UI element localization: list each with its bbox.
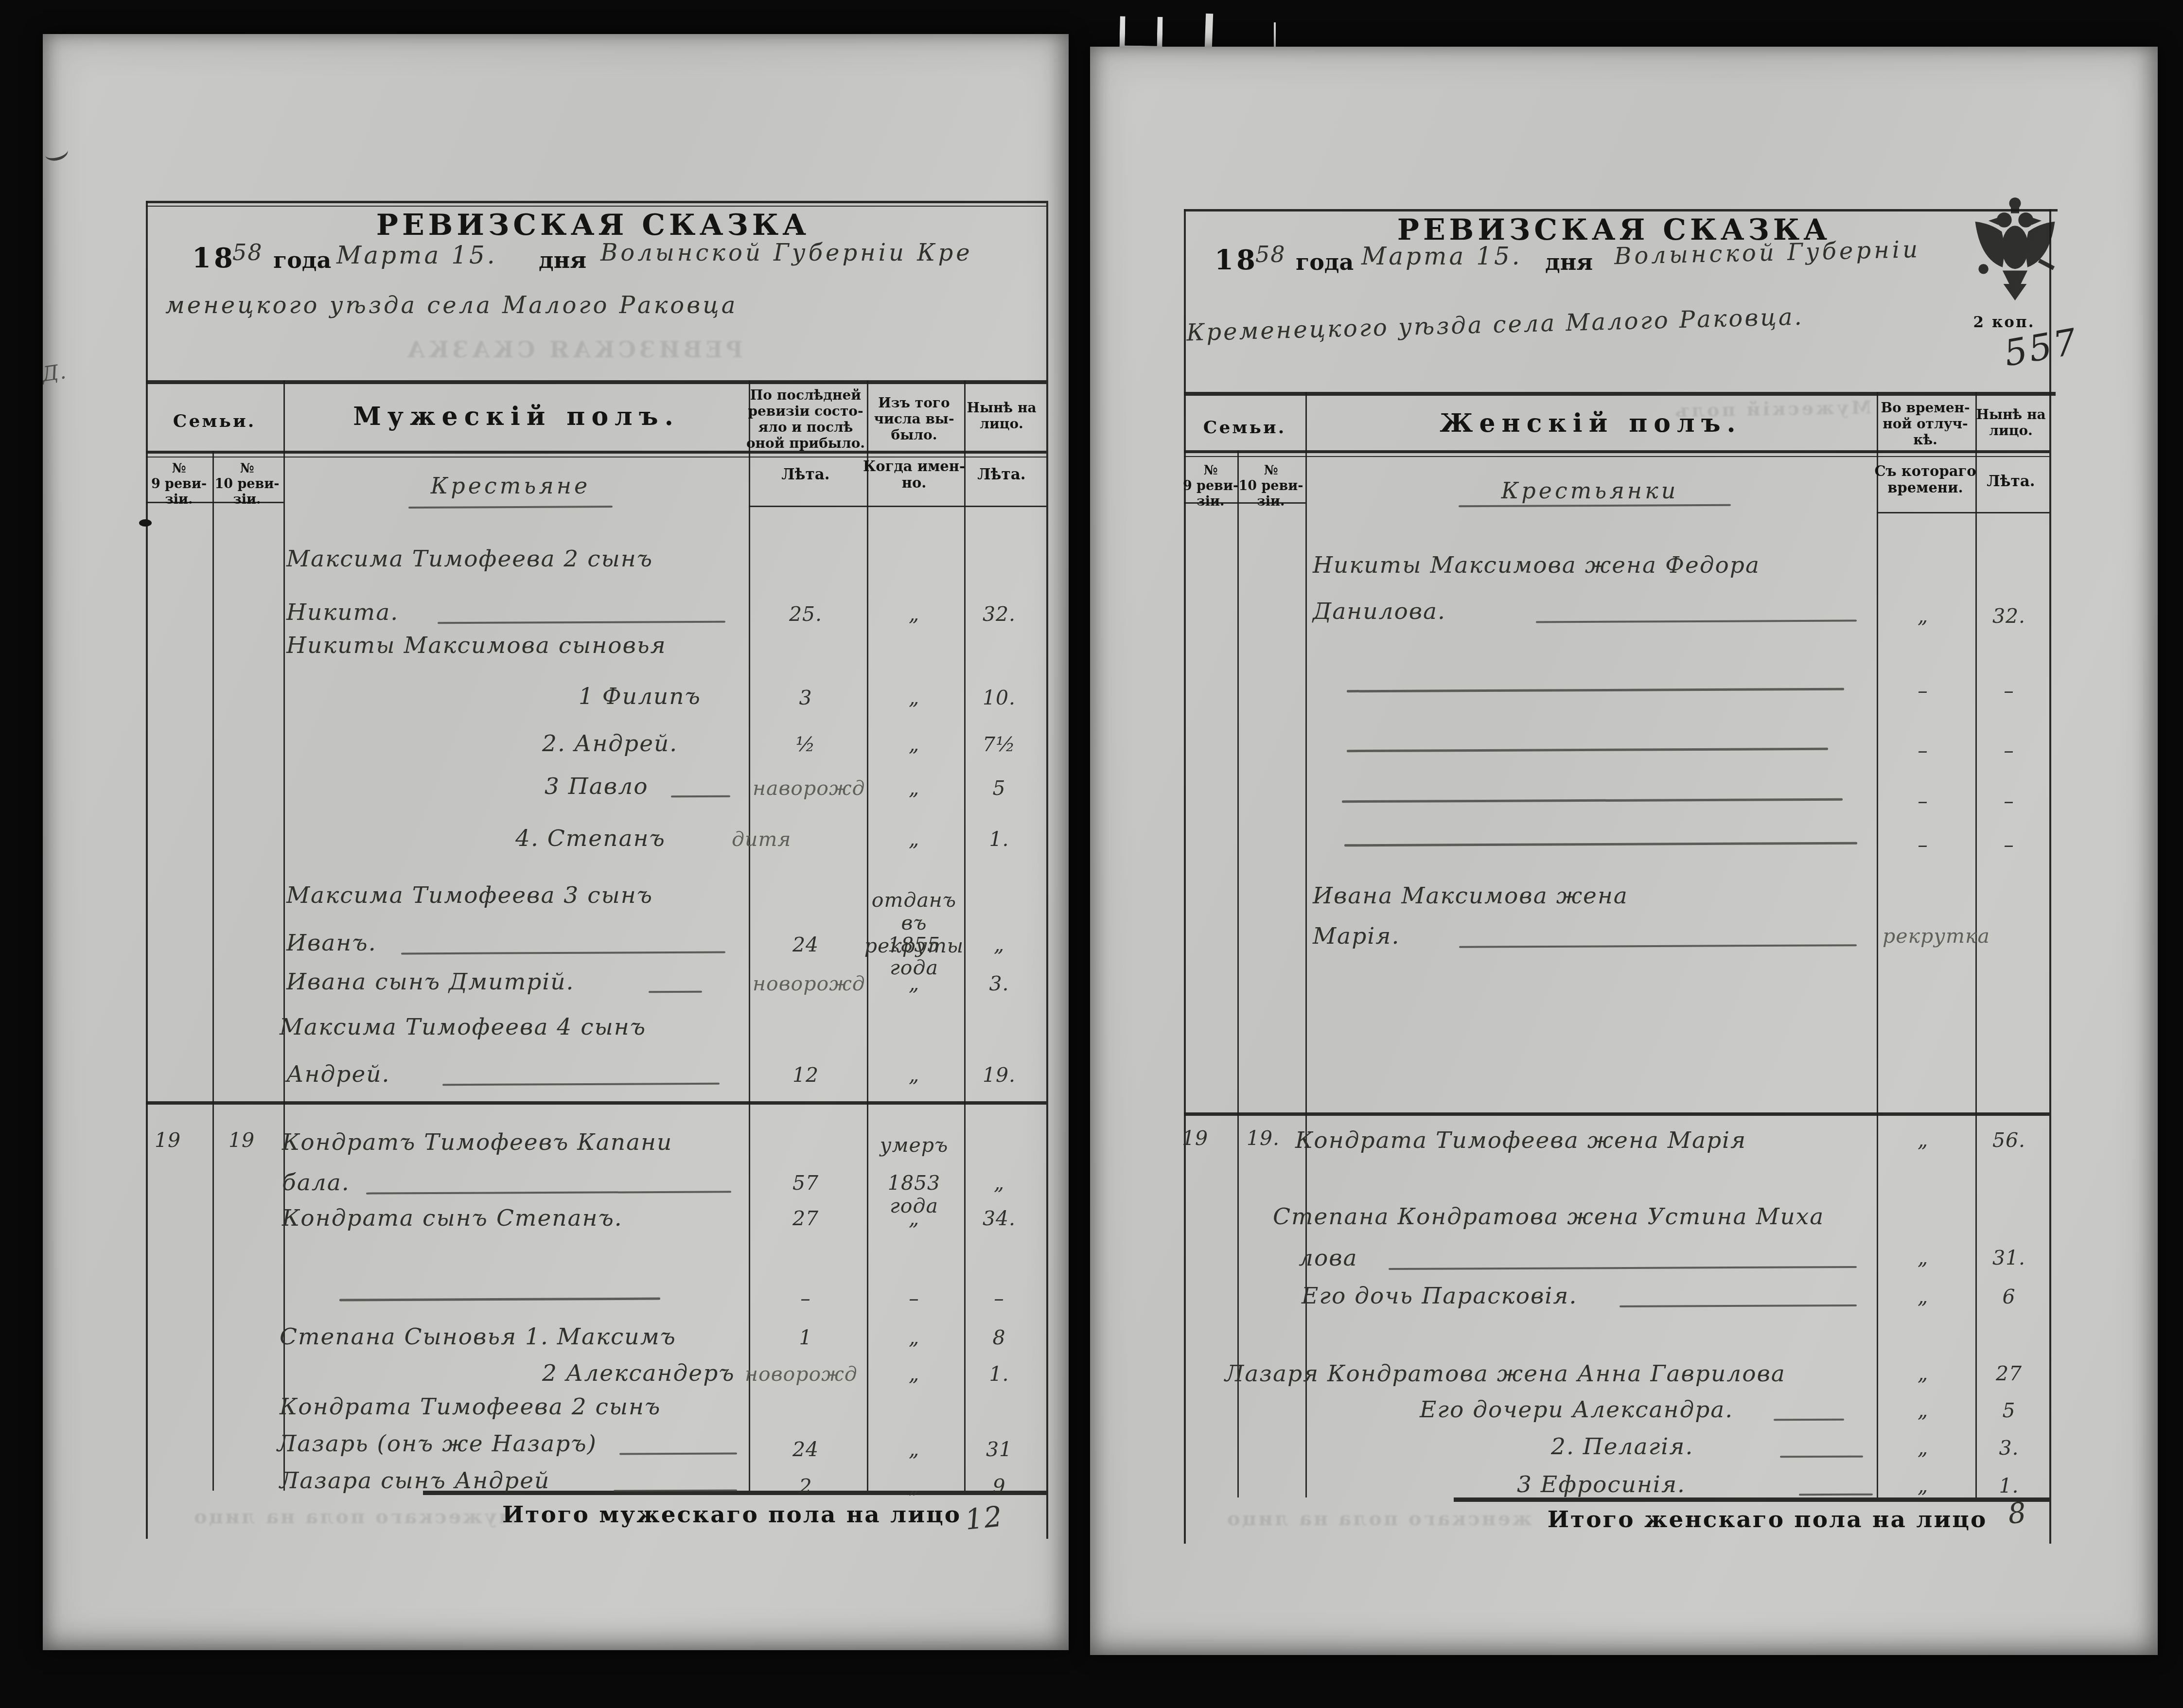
cell-now: 10.: [983, 687, 1016, 709]
cell-now: 5: [2002, 1399, 2015, 1422]
cell-now: 19.: [983, 1064, 1016, 1087]
person-name: 2. Пелагія.: [1551, 1433, 1693, 1460]
date-hand: Марта 15.: [336, 241, 497, 269]
cell-now: –: [2004, 740, 2014, 762]
document-scan: Д. РЕВИЗСКАЯ СКАЗКА РЕВИЗСКАЯ СКАЗКА 18 …: [0, 0, 2183, 1708]
person-name: Кондратъ Тимофеевъ Капани: [282, 1129, 672, 1156]
cell-now: 1.: [989, 828, 1009, 851]
footer-total-value: 8: [2007, 1496, 2029, 1531]
subheader-since: Съ котораго времени.: [1874, 463, 1976, 496]
cell-now: 3.: [989, 972, 1009, 995]
date-year-word: года: [1296, 249, 1354, 275]
name-flourish-line: [1799, 1494, 1873, 1496]
person-name: Кондрата сынъ Степанъ.: [282, 1205, 623, 1232]
cell-when: „: [909, 603, 919, 626]
person-name: 2. Андрей.: [542, 730, 678, 757]
table-grid-line: [749, 506, 1046, 507]
cell-now: 8: [992, 1326, 1005, 1349]
cell-last: 3: [799, 687, 812, 709]
column-header-family: Семьи.: [1203, 417, 1286, 438]
cell-since: –: [1918, 740, 1928, 762]
cell-last: –: [800, 1287, 811, 1310]
subheader-years-last: Лѣта.: [781, 466, 829, 484]
subheader-revision10: № 10 реви- зіи.: [214, 461, 279, 508]
cell-since: „: [1918, 1129, 1928, 1152]
column-header-present: Нынѣ на лицо.: [967, 400, 1036, 432]
person-name: Марія.: [1313, 923, 1400, 950]
cell-now: 32.: [983, 603, 1016, 626]
subheader-years-now: Лѣта.: [977, 466, 1025, 484]
footer-total-value: 12: [964, 1499, 1004, 1536]
name-flourish-line: [1774, 1419, 1844, 1421]
subheader-revision9: № 9 реви- зіи.: [151, 461, 207, 508]
cell-now: 1.: [989, 1363, 1009, 1386]
name-flourish-line: [649, 991, 702, 993]
cell-last: дитя: [732, 828, 791, 851]
cell-now: „: [994, 933, 1004, 956]
cell-now: –: [994, 1287, 1004, 1310]
name-flourish-line: [1780, 1456, 1863, 1458]
cell-now: 27: [1996, 1362, 2022, 1385]
table-grid-line: [1184, 392, 2056, 396]
date-prefix: 18: [192, 242, 236, 274]
column-header-departed: Изъ того числа вы- было.: [874, 395, 954, 443]
person-name: Лазаря Кондратова жена Анна Гаврилова: [1225, 1360, 1786, 1387]
person-name: Степана Сыновья 1. Максимъ: [280, 1323, 676, 1350]
cell-since: рекрутка: [1883, 925, 1990, 948]
person-name: Андрей.: [286, 1061, 390, 1088]
person-name: Иванъ.: [286, 930, 377, 956]
table-grid-line: [146, 457, 1046, 458]
cell-last: 12: [792, 1064, 819, 1087]
cell-last: 24: [792, 1438, 819, 1461]
cell-since: „: [1918, 1362, 1928, 1385]
table-grid-line: [1877, 512, 2049, 513]
cell-when: „: [909, 777, 919, 800]
subheader-revision9: № 9 реви- зіи.: [1183, 463, 1238, 510]
table-grid-line: [1046, 201, 1048, 1539]
date-hand: Марта 15.: [1361, 242, 1522, 270]
column-header-gender: Женскій полъ.: [1440, 408, 1742, 438]
place-line-1: Волынской Губерніи Кре: [600, 239, 973, 266]
person-name: Ивана сынъ Дмитрій.: [286, 968, 574, 995]
person-name: Никита.: [286, 599, 399, 626]
table-grid-line: [1184, 209, 2058, 211]
cell-last: 1: [799, 1326, 812, 1349]
footer-bleedthrough-left: мужескаго пола на лицо: [192, 1505, 516, 1528]
date-year: 58: [232, 239, 263, 265]
table-grid-line: [964, 380, 966, 1491]
table-grid-line: [1184, 209, 1186, 1544]
staple-mark: [1119, 16, 1162, 52]
table-grid-line: [146, 201, 148, 1539]
table-grid-line: [1305, 392, 1307, 1497]
cell-when: „: [909, 687, 919, 709]
column-header-last-revision: По послѣдней ревизіи состо- яло и послѣ …: [746, 387, 865, 451]
person-name: Кондрата Тимофеева жена Марія: [1295, 1127, 1746, 1154]
subheader-group: Крестьянки: [1501, 477, 1679, 504]
family-number-10: 19: [229, 1129, 255, 1152]
footer-total-label: Итого мужескаго пола на лицо: [502, 1501, 961, 1528]
footer-total-label: Итого женскаго пола на лицо: [1548, 1506, 1988, 1533]
subheader-years-now: Лѣта.: [1987, 473, 2035, 491]
column-header-family: Семьи.: [173, 411, 256, 431]
cell-now: 32.: [1992, 605, 2025, 628]
table-grid-line: [1184, 456, 2049, 457]
cell-now: –: [2004, 790, 2014, 813]
cell-now: 31: [986, 1438, 1012, 1461]
cell-now: „: [994, 1172, 1004, 1195]
person-name: 2 Александеръ: [542, 1360, 735, 1387]
cell-when: „: [909, 1363, 919, 1386]
cell-when: „: [909, 1207, 919, 1230]
margin-mark: Д.: [40, 359, 69, 387]
cell-since: –: [1918, 834, 1928, 857]
cell-now: 3.: [1999, 1437, 2019, 1460]
cell-since: „: [1918, 1247, 1928, 1269]
family-header-text: Максима Тимофеева 2 сынъ: [286, 546, 653, 572]
cell-when: „: [909, 1475, 919, 1498]
footer-bleedthrough-right: женскаго пола на лицо: [1225, 1507, 1532, 1530]
cell-when: –: [909, 1287, 919, 1310]
cell-now: –: [2004, 834, 2014, 857]
cell-now: 34.: [983, 1207, 1016, 1230]
table-grid-line: [1877, 392, 1878, 1497]
date-day-word: дня: [1545, 249, 1593, 275]
cell-when: „: [909, 972, 919, 995]
cell-now: 7½: [983, 733, 1016, 756]
family-header-text: Никиты Максимова жена Федора: [1313, 552, 1760, 579]
cell-since: –: [1918, 680, 1928, 703]
table-grid-line: [1184, 1112, 2049, 1116]
family-header-text: Максима Тимофеева 4 сынъ: [280, 1014, 646, 1040]
family-header-text: Максима Тимофеева 3 сынъ: [286, 882, 653, 909]
ink-blob: [139, 519, 152, 527]
cell-last: 57: [792, 1172, 819, 1195]
table-grid-line: [146, 201, 1046, 203]
cell-when: умеръ: [880, 1134, 949, 1157]
table-grid-line: [1454, 1497, 2049, 1502]
family-number-10: 19.: [1247, 1127, 1280, 1150]
cell-now: 31.: [1992, 1247, 2025, 1269]
cell-now: 6: [2002, 1285, 2015, 1308]
family-header-text: Ивана Максимова жена: [1313, 882, 1628, 909]
person-name: Его дочери Александра.: [1420, 1396, 1733, 1423]
cell-now: 56.: [1992, 1129, 2025, 1152]
cell-since: „: [1918, 1399, 1928, 1422]
place-line-2: менецкого уѣзда села Малого Раковца: [165, 292, 738, 319]
cell-since: –: [1918, 790, 1928, 813]
date-year: 58: [1255, 241, 1286, 267]
person-name: бала.: [282, 1169, 350, 1196]
cell-when: „: [909, 828, 919, 851]
table-grid-line: [146, 380, 1046, 384]
cell-last: ½: [796, 733, 816, 756]
cell-last: 2: [799, 1475, 812, 1498]
cell-now: 1.: [1999, 1475, 2019, 1497]
cell-last: новорожд: [753, 972, 865, 995]
table-grid-line: [1237, 450, 1239, 1497]
cell-since: „: [1918, 1285, 1928, 1308]
column-header-away: Во времен- ной отлуч- кѣ.: [1881, 400, 1970, 448]
family-header-text: Степана Кондратова жена Устина Миха: [1273, 1203, 1824, 1230]
cell-last: 27: [792, 1207, 819, 1230]
person-name: 3 Ефросинія.: [1517, 1471, 1686, 1498]
cell-last: 25.: [789, 603, 822, 626]
table-grid-line: [749, 380, 750, 1491]
cell-when: „: [909, 1064, 919, 1087]
cell-since: „: [1918, 1475, 1928, 1497]
cell-since: „: [1918, 1437, 1928, 1460]
name-flourish-line: [671, 795, 730, 798]
date-prefix: 18: [1215, 244, 1258, 276]
subheader-when: Когда имен- но.: [863, 458, 965, 491]
cell-when: „: [909, 1438, 919, 1461]
family-number-9: 19: [155, 1129, 181, 1152]
column-header-present: Нынѣ на лицо.: [1976, 406, 2045, 439]
table-grid-line: [146, 451, 1046, 454]
cell-now: –: [2004, 680, 2014, 703]
person-name: Его дочь Парасковія.: [1302, 1283, 1577, 1309]
cell-last: 24: [792, 933, 819, 956]
table-grid-line: [2049, 209, 2051, 1544]
cell-when: „: [909, 1326, 919, 1349]
imperial-eagle-stamp: [1965, 194, 2065, 311]
person-name: Лазара сынъ Андрей: [280, 1467, 550, 1494]
subheader-group: Крестьяне: [431, 473, 591, 499]
title-bleedthrough: РЕВИЗСКАЯ СКАЗКА: [404, 336, 743, 363]
cell-now: 5: [992, 777, 1005, 800]
person-name: Лазарь (онъ же Назаръ): [277, 1430, 597, 1457]
cell-when: „: [909, 733, 919, 756]
family-number-9: 19: [1182, 1127, 1208, 1150]
table-grid-line: [212, 451, 214, 1491]
cell-last: наворожд: [753, 777, 865, 800]
page-title: РЕВИЗСКАЯ СКАЗКА: [376, 208, 810, 243]
cell-now: 9: [992, 1475, 1005, 1498]
person-name: 1 Филипъ: [579, 683, 701, 710]
cell-since: „: [1918, 605, 1928, 628]
date-year-word: года: [273, 247, 331, 273]
column-header-gender: Мужескій полъ.: [353, 402, 679, 431]
family-header-text: Кондрата Тимофеева 2 сынъ: [280, 1393, 661, 1420]
date-day-word: дня: [539, 247, 586, 273]
person-name: лова: [1299, 1245, 1358, 1271]
person-name: 4. Степанъ: [515, 825, 666, 852]
table-grid-line: [1184, 450, 2049, 453]
table-grid-line: [146, 206, 1046, 207]
cell-last: новорожд: [745, 1363, 858, 1386]
family-header-text: Никиты Максимова сыновья: [286, 632, 667, 659]
person-name: 3 Павло: [545, 773, 648, 800]
table-grid-line: [146, 1101, 1046, 1105]
tape-mark: [1205, 14, 1213, 48]
person-name: Данилова.: [1313, 598, 1446, 625]
subheader-revision10: № 10 реви- зіи.: [1238, 463, 1303, 510]
